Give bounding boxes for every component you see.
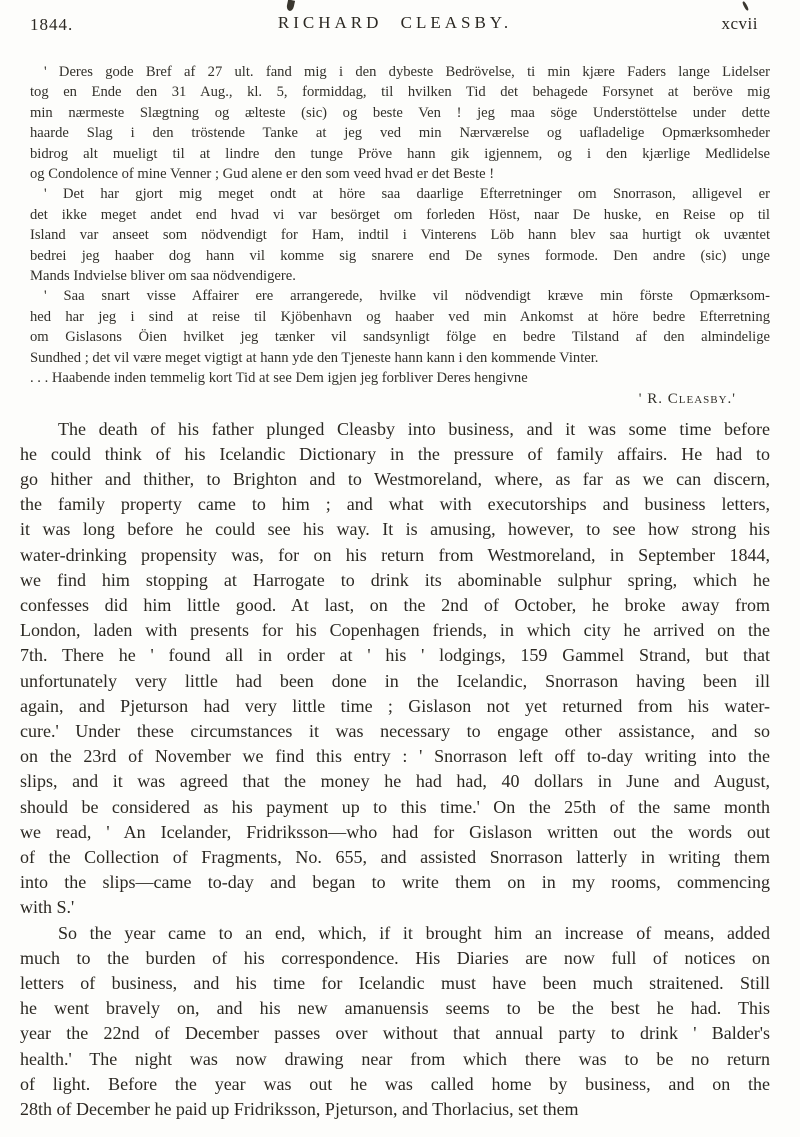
running-head: 1844. RICHARD CLEASBY. xcvii [20, 12, 770, 38]
text-line: with S.' [20, 895, 770, 920]
text-line: much to the burden of his correspondence… [20, 946, 770, 971]
body-text: The death of his father plunged Cleasby … [20, 417, 770, 1123]
paragraph: ' Deres gode Bref af 27 ult. fand mig i … [30, 62, 770, 184]
text-line: letters of business, and his time for Ic… [20, 971, 770, 996]
text-line: again, and Pjeturson had very little tim… [20, 694, 770, 719]
text-line: go hither and thither, to Brighton and t… [20, 467, 770, 492]
text-line: London, laden with presents for his Cope… [20, 618, 770, 643]
text-line: ' Deres gode Bref af 27 ult. fand mig i … [30, 62, 770, 82]
text-line: The death of his father plunged Cleasby … [20, 417, 770, 442]
text-line: og Condolence of mine Venner ; Gud alene… [30, 164, 770, 184]
text-line: into the slips—came to-day and began to … [20, 870, 770, 895]
text-line: cure.' Under these circumstances it was … [20, 719, 770, 744]
text-line: 28th of December he paid up Fridriksson,… [20, 1097, 770, 1122]
text-line: min nærmeste Slægtning og ælteste (sic) … [30, 103, 770, 123]
text-line: det ikke meget andet end hvad vi var bes… [30, 205, 770, 225]
text-line: slips, and it was agreed that the money … [20, 769, 770, 794]
paragraph: The death of his father plunged Cleasby … [20, 417, 770, 921]
paragraph: ' Det har gjort mig meget ondt at höre s… [30, 184, 770, 286]
quoted-letter: ' Deres gode Bref af 27 ult. fand mig i … [30, 62, 770, 389]
text-line: Island var anseet som nödvendigt for Ham… [30, 225, 770, 245]
text-line: the family property came to him ; and wh… [20, 492, 770, 517]
text-line: confesses did him little good. At last, … [20, 593, 770, 618]
text-line: we find him stopping at Harrogate to dri… [20, 568, 770, 593]
text-line: Mands Indvielse bliver om saa nödvendige… [30, 266, 770, 286]
paragraph: So the year came to an end, which, if it… [20, 921, 770, 1123]
text-line: bedrei jeg haaber dog hann vil komme sig… [30, 246, 770, 266]
text-line: he went bravely on, and his new amanuens… [20, 996, 770, 1021]
text-line: ' Saa snart visse Affairer ere arrangere… [30, 286, 770, 306]
text-line: hed har jeg i sind at reise til Kjöbenha… [30, 307, 770, 327]
text-line: he could think of his Icelandic Dictiona… [20, 442, 770, 467]
text-line: health.' The night was now drawing near … [20, 1047, 770, 1072]
text-line: it was long before he could see his way.… [20, 517, 770, 542]
text-line: on the 23rd of November we find this ent… [20, 744, 770, 769]
text-line: . . . Haabende inden temmelig kort Tid a… [30, 368, 770, 388]
text-line: Sundhed ; det vil være meget vigtigt at … [30, 348, 770, 368]
paragraph: ' Saa snart visse Affairer ere arrangere… [30, 286, 770, 368]
text-line: tog en Ende den 31 Aug., kl. 5, formidda… [30, 82, 770, 102]
page-number: xcvii [722, 14, 759, 34]
paragraph: . . . Haabende inden temmelig kort Tid a… [30, 368, 770, 388]
text-line: om Gislasons Öien hvilket jeg tænker vil… [30, 327, 770, 347]
letter-signature: ' R. Cleasby.' [30, 389, 780, 410]
text-line: of the Collection of Fragments, No. 655,… [20, 845, 770, 870]
ink-speck [742, 1, 749, 11]
text-line: should be considered as his payment up t… [20, 795, 770, 820]
book-page: 1844. RICHARD CLEASBY. xcvii ' Deres god… [0, 0, 800, 1137]
text-line: water-drinking propensity was, for on hi… [20, 543, 770, 568]
text-line: So the year came to an end, which, if it… [20, 921, 770, 946]
text-line: we read, ' An Icelander, Fridriksson—who… [20, 820, 770, 845]
text-line: 7th. There he ' found all in order at ' … [20, 643, 770, 668]
text-line: year the 22nd of December passes over wi… [20, 1021, 770, 1046]
text-line: ' Det har gjort mig meget ondt at höre s… [30, 184, 770, 204]
text-line: unfortunately very little had been done … [20, 669, 770, 694]
text-line: bidrog alt mueligt til at lindre den tun… [30, 144, 770, 164]
page-title: RICHARD CLEASBY. [20, 13, 770, 33]
text-line: of light. Before the year was out he was… [20, 1072, 770, 1097]
ink-speck [286, 0, 295, 12]
text-line: haarde Slag i den tröstende Tanke at jeg… [30, 123, 770, 143]
